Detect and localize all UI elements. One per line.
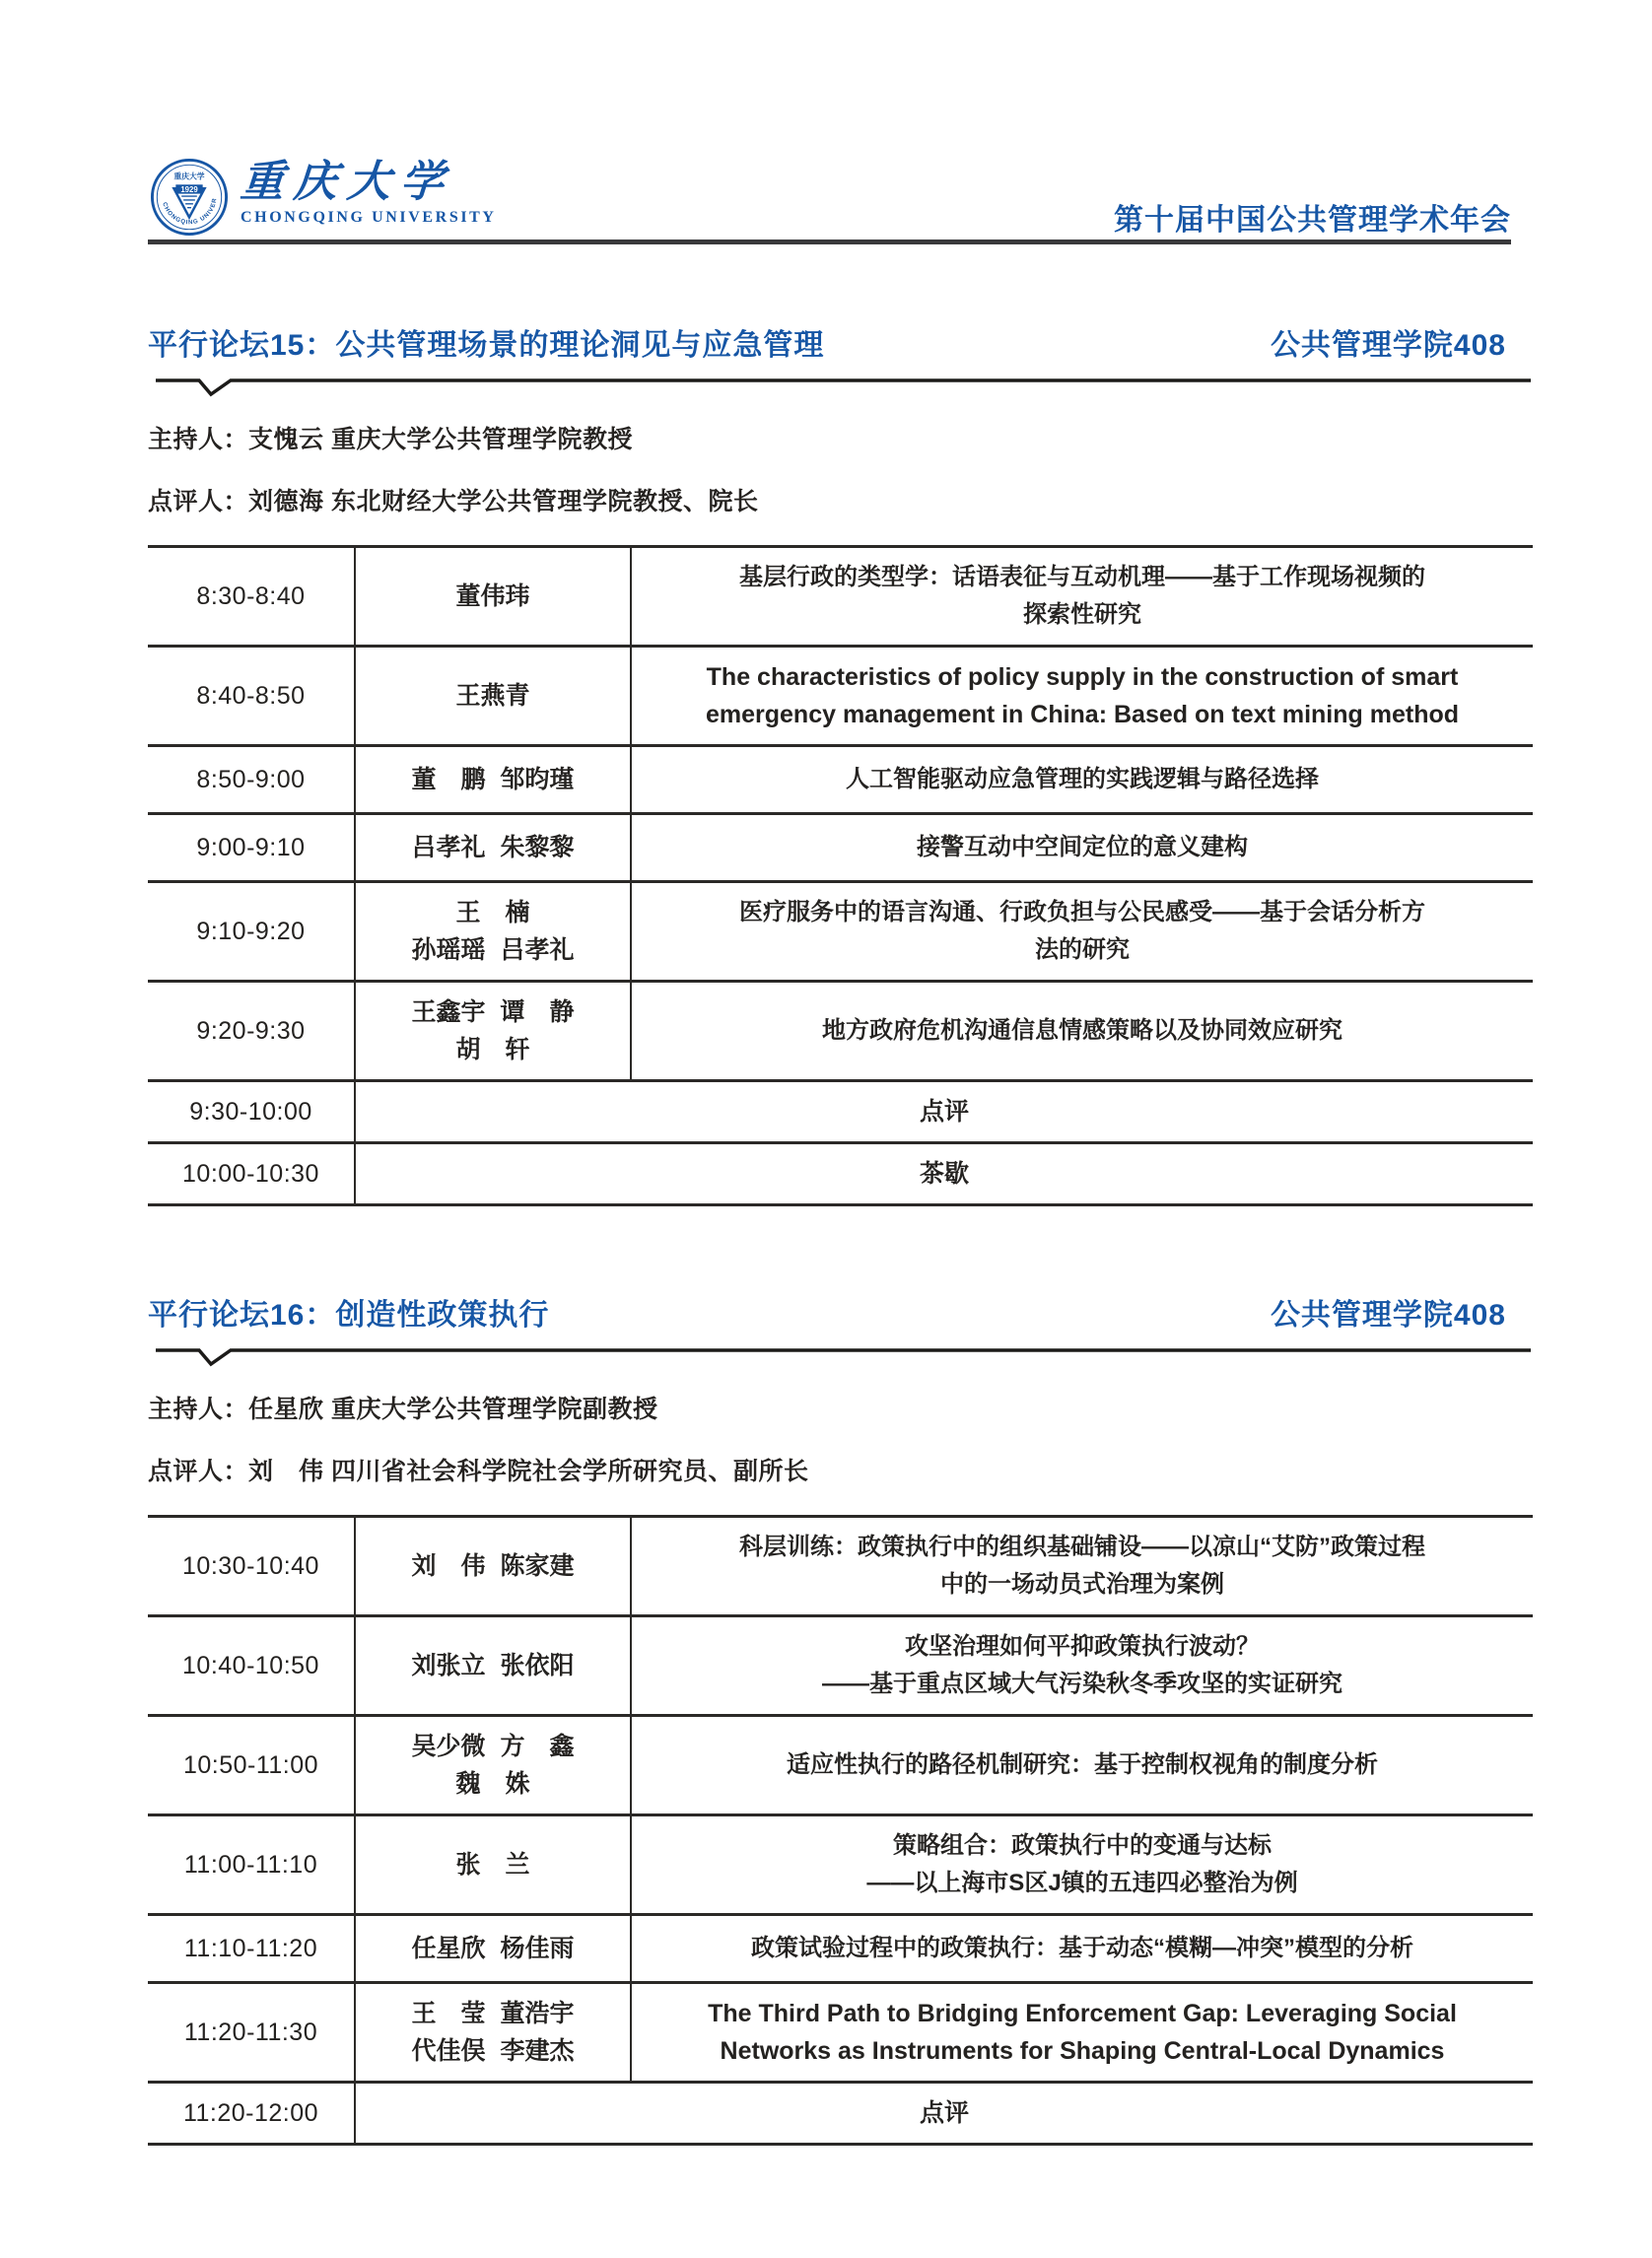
paper-title: 适应性执行的路径机制研究：基于控制权视角的制度分析 [632, 1717, 1533, 1813]
presenter-names: 王 莹 董浩宇 代佳俣 李建杰 [356, 1984, 632, 2081]
forum-16-schedule-table: 10:30-10:40刘 伟 陈家建科层训练：政策执行中的组织基础铺设——以凉山… [148, 1515, 1533, 2146]
presenter-names: 董 鹏 邹昀瑾 [356, 747, 632, 812]
paper-title: 人工智能驱动应急管理的实践逻辑与路径选择 [632, 747, 1533, 812]
session-activity: 茶歇 [356, 1144, 1533, 1203]
presenter-names: 王鑫宇 谭 静 胡 轩 [356, 983, 632, 1079]
presenter-names: 王 楠 孙瑶瑶 吕孝礼 [356, 883, 632, 980]
forum-title: 平行论坛16：创造性政策执行 [148, 1297, 549, 1334]
logo-text-block: 重庆大学 CHONGQING UNIVERSITY [241, 158, 497, 227]
session-time: 8:50-9:00 [148, 747, 356, 812]
forum-room: 公共管理学院408 [1271, 1297, 1506, 1334]
presenter-names: 刘张立 张依阳 [356, 1617, 632, 1714]
university-name-en: CHONGQING UNIVERSITY [241, 209, 497, 227]
paper-title: 科层训练：政策执行中的组织基础铺设——以凉山“艾防”政策过程 中的一场动员式治理… [632, 1518, 1533, 1614]
presenter-names: 王燕青 [356, 648, 632, 744]
paper-title: The Third Path to Bridging Enforcement G… [632, 1984, 1533, 2081]
forum-room: 公共管理学院408 [1271, 327, 1506, 365]
presenter-names: 吕孝礼 朱黎黎 [356, 815, 632, 880]
presenter-names: 吴少微 方 鑫 魏 姝 [356, 1717, 632, 1813]
session-time: 11:20-11:30 [148, 1984, 356, 2081]
session-time: 10:50-11:00 [148, 1717, 356, 1813]
session-time: 11:20-12:00 [148, 2084, 356, 2143]
forum-host: 主持人：支愧云 重庆大学公共管理学院教授 [148, 420, 1533, 455]
forum-commentator: 点评人：刘 伟 四川省社会科学院社会学所研究员、副所长 [148, 1452, 1533, 1487]
table-row: 11:00-11:10张 兰策略组合：政策执行中的变通与达标 ——以上海市S区J… [148, 1816, 1533, 1916]
section-divider-with-notch [148, 378, 1533, 398]
session-time: 9:10-9:20 [148, 883, 356, 980]
session-time: 9:30-10:00 [148, 1082, 356, 1141]
session-time: 10:40-10:50 [148, 1617, 356, 1714]
table-row: 10:00-10:30茶歇 [148, 1144, 1533, 1206]
paper-title: The characteristics of policy supply in … [632, 648, 1533, 744]
session-activity: 点评 [356, 2084, 1533, 2143]
presenter-names: 刘 伟 陈家建 [356, 1518, 632, 1614]
paper-title: 策略组合：政策执行中的变通与达标 ——以上海市S区J镇的五违四必整治为例 [632, 1816, 1533, 1913]
conference-program-page: 重庆大学 1929 CHONGQING UNIVERSITY 重庆大学 CHON… [0, 0, 1652, 2258]
university-seal-icon: 重庆大学 1929 CHONGQING UNIVERSITY [150, 158, 229, 237]
header-divider [148, 239, 1511, 244]
forum-15-schedule-table: 8:30-8:40董伟玮基层行政的类型学：话语表征与互动机理——基于工作现场视频… [148, 545, 1533, 1206]
university-logo: 重庆大学 1929 CHONGQING UNIVERSITY 重庆大学 CHON… [150, 158, 497, 237]
seal-year: 1929 [180, 185, 198, 194]
section-divider-with-notch [148, 1348, 1533, 1368]
presenter-names: 董伟玮 [356, 548, 632, 645]
table-row: 10:40-10:50刘张立 张依阳攻坚治理如何平抑政策执行波动？ ——基于重点… [148, 1617, 1533, 1717]
table-row: 10:30-10:40刘 伟 陈家建科层训练：政策执行中的组织基础铺设——以凉山… [148, 1518, 1533, 1617]
seal-top-text: 重庆大学 [173, 171, 204, 180]
paper-title: 攻坚治理如何平抑政策执行波动？ ——基于重点区域大气污染秋冬季攻坚的实证研究 [632, 1617, 1533, 1714]
session-time: 11:00-11:10 [148, 1816, 356, 1913]
table-row: 9:30-10:00点评 [148, 1082, 1533, 1144]
presenter-names: 张 兰 [356, 1816, 632, 1913]
paper-title: 政策试验过程中的政策执行：基于动态“模糊—冲突”模型的分析 [632, 1916, 1533, 1981]
table-row: 8:30-8:40董伟玮基层行政的类型学：话语表征与互动机理——基于工作现场视频… [148, 548, 1533, 648]
forum-15-header: 平行论坛15：公共管理场景的理论洞见与应急管理 公共管理学院408 [148, 327, 1506, 365]
session-time: 10:00-10:30 [148, 1144, 356, 1203]
table-row: 10:50-11:00吴少微 方 鑫 魏 姝适应性执行的路径机制研究：基于控制权… [148, 1717, 1533, 1816]
forum-commentator: 点评人：刘德海 东北财经大学公共管理学院教授、院长 [148, 482, 1533, 517]
university-name-cn: 重庆大学 [239, 160, 498, 205]
table-row: 9:10-9:20王 楠 孙瑶瑶 吕孝礼医疗服务中的语言沟通、行政负担与公民感受… [148, 883, 1533, 983]
table-row: 11:20-11:30王 莹 董浩宇 代佳俣 李建杰The Third Path… [148, 1984, 1533, 2084]
forum-16-section: 平行论坛16：创造性政策执行 公共管理学院408 主持人：任星欣 重庆大学公共管… [148, 1297, 1533, 2146]
session-time: 10:30-10:40 [148, 1518, 356, 1614]
table-row: 8:40-8:50王燕青The characteristics of polic… [148, 648, 1533, 747]
paper-title: 接警互动中空间定位的意义建构 [632, 815, 1533, 880]
table-row: 9:20-9:30王鑫宇 谭 静 胡 轩地方政府危机沟通信息情感策略以及协同效应… [148, 983, 1533, 1082]
table-row: 8:50-9:00董 鹏 邹昀瑾人工智能驱动应急管理的实践逻辑与路径选择 [148, 747, 1533, 815]
forum-host: 主持人：任星欣 重庆大学公共管理学院副教授 [148, 1390, 1533, 1425]
session-time: 11:10-11:20 [148, 1916, 356, 1981]
session-time: 9:20-9:30 [148, 983, 356, 1079]
session-time: 8:30-8:40 [148, 548, 356, 645]
presenter-names: 任星欣 杨佳雨 [356, 1916, 632, 1981]
session-time: 9:00-9:10 [148, 815, 356, 880]
paper-title: 地方政府危机沟通信息情感策略以及协同效应研究 [632, 983, 1533, 1079]
forum-title: 平行论坛15：公共管理场景的理论洞见与应急管理 [148, 327, 824, 365]
table-row: 9:00-9:10吕孝礼 朱黎黎接警互动中空间定位的意义建构 [148, 815, 1533, 883]
table-row: 11:10-11:20任星欣 杨佳雨政策试验过程中的政策执行：基于动态“模糊—冲… [148, 1916, 1533, 1984]
paper-title: 医疗服务中的语言沟通、行政负担与公民感受——基于会话分析方 法的研究 [632, 883, 1533, 980]
conference-title: 第十届中国公共管理学术年会 [1114, 195, 1511, 239]
paper-title: 基层行政的类型学：话语表征与互动机理——基于工作现场视频的 探索性研究 [632, 548, 1533, 645]
forum-16-header: 平行论坛16：创造性政策执行 公共管理学院408 [148, 1297, 1506, 1334]
table-row: 11:20-12:00点评 [148, 2084, 1533, 2146]
session-activity: 点评 [356, 1082, 1533, 1141]
forum-15-section: 平行论坛15：公共管理场景的理论洞见与应急管理 公共管理学院408 主持人：支愧… [148, 327, 1533, 1206]
session-time: 8:40-8:50 [148, 648, 356, 744]
